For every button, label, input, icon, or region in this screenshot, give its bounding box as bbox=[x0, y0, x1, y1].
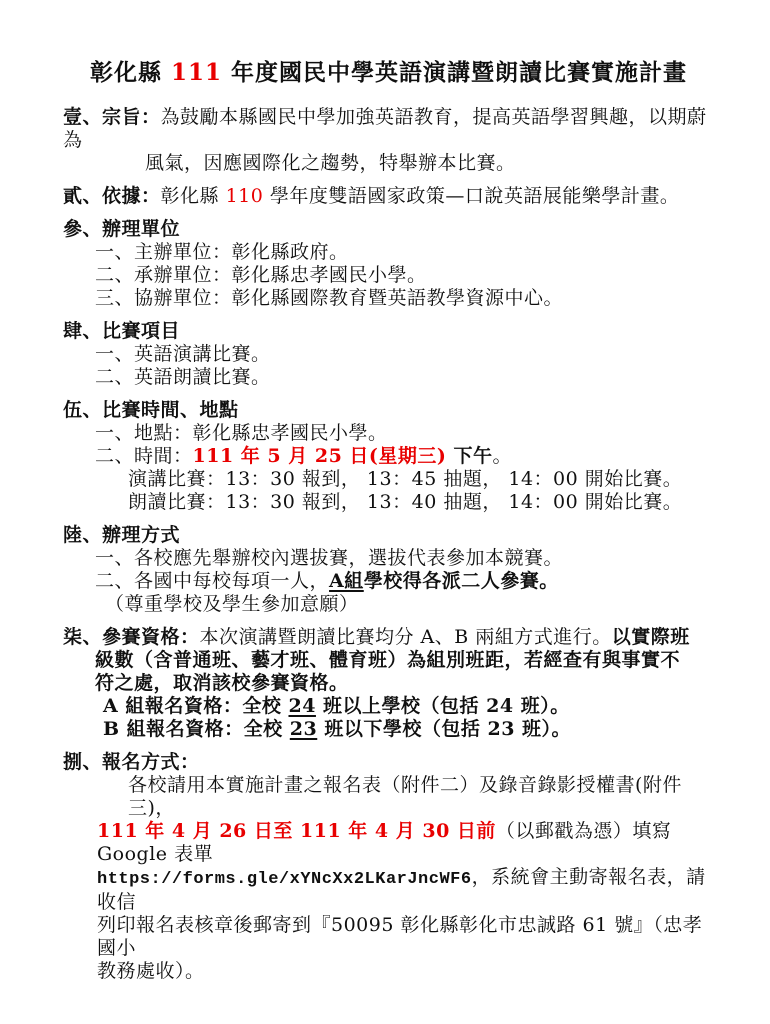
speech-schedule-line: 演講比賽：13：30 報到， 13：45 抽題， 14：00 開始比賽。 bbox=[128, 468, 714, 491]
group-b-text-pre: B 組報名資格：全校 bbox=[103, 718, 290, 740]
title-year-highlight: 111 bbox=[171, 59, 222, 86]
organizer-item-host: 一、主辦單位：彰化縣政府。 bbox=[95, 241, 714, 264]
section-purpose-label: 壹、宗旨： bbox=[63, 106, 161, 128]
event-item-speech: 一、英語演講比賽。 bbox=[95, 343, 714, 366]
document-page: 彰化縣 111 年度國民中學英語演講暨朗讀比賽實施計畫 壹、宗旨：為鼓勵本縣國民… bbox=[0, 0, 770, 1024]
organizer-item-undertaker: 二、承辦單位：彰化縣忠孝國民小學。 bbox=[95, 264, 714, 287]
datetime-afternoon: 下午 bbox=[446, 445, 492, 467]
title-text-post: 年度國民中學英語演講暨朗讀比賽實施計畫 bbox=[222, 59, 687, 86]
datetime-label: 二、時間： bbox=[95, 445, 193, 467]
group-a-text-post: 班以上學校（包括 24 班）。 bbox=[316, 695, 570, 717]
quota-text-pre: 二、各國中每校每項一人， bbox=[95, 570, 329, 592]
quota-text-bold: 學校得各派二人參賽。 bbox=[364, 570, 559, 592]
group-b-class-count-underlined: 23 bbox=[290, 718, 317, 740]
quota-group-a-underlined: A組 bbox=[329, 570, 364, 592]
organizer-item-coorganizer: 三、協辦單位：彰化縣國際教育暨英語教學資源中心。 bbox=[95, 287, 714, 310]
section-registration-heading: 捌、報名方式： bbox=[63, 751, 714, 774]
eligibility-group-b-line: B 組報名資格：全校 23 班以下學校（包括 23 班）。 bbox=[103, 718, 714, 741]
section-eligibility-label: 柒、參賽資格： bbox=[63, 626, 200, 648]
section-method-heading: 陸、辦理方式 bbox=[63, 524, 714, 547]
title-text-pre: 彰化縣 bbox=[90, 59, 171, 86]
registration-line4: 列印報名表核章後郵寄到『50095 彰化縣彰化市忠誠路 61 號』（忠孝國小 bbox=[97, 914, 714, 960]
google-form-url-link[interactable]: https://forms.gle/xYNcXx2LKarJncWF6 bbox=[97, 870, 472, 889]
section-purpose-line1: 壹、宗旨：為鼓勵本縣國民中學加強英語教育，提高英語學習興趣，以期蔚為 bbox=[63, 106, 714, 152]
section-eligibility-line1: 柒、參賽資格：本次演講暨朗讀比賽均分 A、B 兩組方式進行。以實際班 bbox=[63, 626, 714, 649]
method-item-quota: 二、各國中每校每項一人，A組學校得各派二人參賽。 bbox=[95, 570, 714, 593]
section-eligibility-line3: 符之處，取消該校參賽資格。 bbox=[95, 672, 714, 695]
group-a-class-count-underlined: 24 bbox=[288, 695, 315, 717]
section-purpose-line2: 風氣，因應國際化之趨勢，特舉辦本比賽。 bbox=[145, 152, 714, 175]
section-basis-line: 貳、依據：彰化縣 110 學年度雙語國家政策—口說英語展能樂學計畫。 bbox=[63, 185, 714, 208]
eligibility-bold-start: 以實際班 bbox=[612, 626, 690, 648]
registration-line1: 各校請用本實施計畫之報名表（附件二）及錄音錄影授權書(附件三)， bbox=[128, 774, 714, 820]
registration-line3: https://forms.gle/xYNcXx2LKarJncWF6，系統會主… bbox=[97, 866, 714, 914]
section-basis-year-highlight: 110 bbox=[226, 185, 264, 207]
section-basis-label: 貳、依據： bbox=[63, 185, 161, 207]
registration-line2: 111 年 4 月 26 日至 111 年 4 月 30 日前（以郵戳為憑）填寫… bbox=[97, 820, 714, 866]
datetime-date-highlight: 111 年 5 月 25 日(星期三) bbox=[193, 445, 447, 467]
event-item-reading: 二、英語朗讀比賽。 bbox=[95, 366, 714, 389]
eligibility-intro: 本次演講暨朗讀比賽均分 A、B 兩組方式進行。 bbox=[200, 626, 612, 648]
eligibility-group-a-line: A 組報名資格：全校 24 班以上學校（包括 24 班）。 bbox=[103, 695, 714, 718]
section-events-heading: 肆、比賽項目 bbox=[63, 320, 714, 343]
time-place-datetime: 二、時間：111 年 5 月 25 日(星期三) 下午。 bbox=[95, 445, 714, 468]
group-b-text-post: 班以下學校（包括 23 班）。 bbox=[317, 718, 571, 740]
reading-schedule-line: 朗讀比賽：13：30 報到， 13：40 抽題， 14：00 開始比賽。 bbox=[128, 491, 714, 514]
page-title: 彰化縣 111 年度國民中學英語演講暨朗讀比賽實施計畫 bbox=[63, 56, 714, 90]
method-item-selection: 一、各校應先舉辦校內選拔賽，選拔代表參加本競賽。 bbox=[95, 547, 714, 570]
group-a-text-pre: A 組報名資格：全校 bbox=[103, 695, 288, 717]
registration-deadline-highlight: 111 年 4 月 26 日至 111 年 4 月 30 日前 bbox=[97, 820, 496, 842]
registration-line5: 教務處收）。 bbox=[97, 960, 714, 983]
section-time-place-heading: 伍、比賽時間、地點 bbox=[63, 399, 714, 422]
section-organizers-heading: 參、辦理單位 bbox=[63, 218, 714, 241]
datetime-period-end: 。 bbox=[493, 445, 513, 467]
section-eligibility-line2: 級數（含普通班、藝才班、體育班）為組別班距，若經查有與事實不 bbox=[95, 649, 714, 672]
method-note: （尊重學校及學生參加意願） bbox=[105, 593, 714, 616]
document-content: 彰化縣 111 年度國民中學英語演講暨朗讀比賽實施計畫 壹、宗旨：為鼓勵本縣國民… bbox=[0, 0, 770, 983]
section-basis-text-pre: 彰化縣 bbox=[161, 185, 226, 207]
time-place-location: 一、地點：彰化縣忠孝國民小學。 bbox=[95, 422, 714, 445]
section-basis-text-post: 學年度雙語國家政策—口說英語展能樂學計畫。 bbox=[263, 185, 679, 207]
